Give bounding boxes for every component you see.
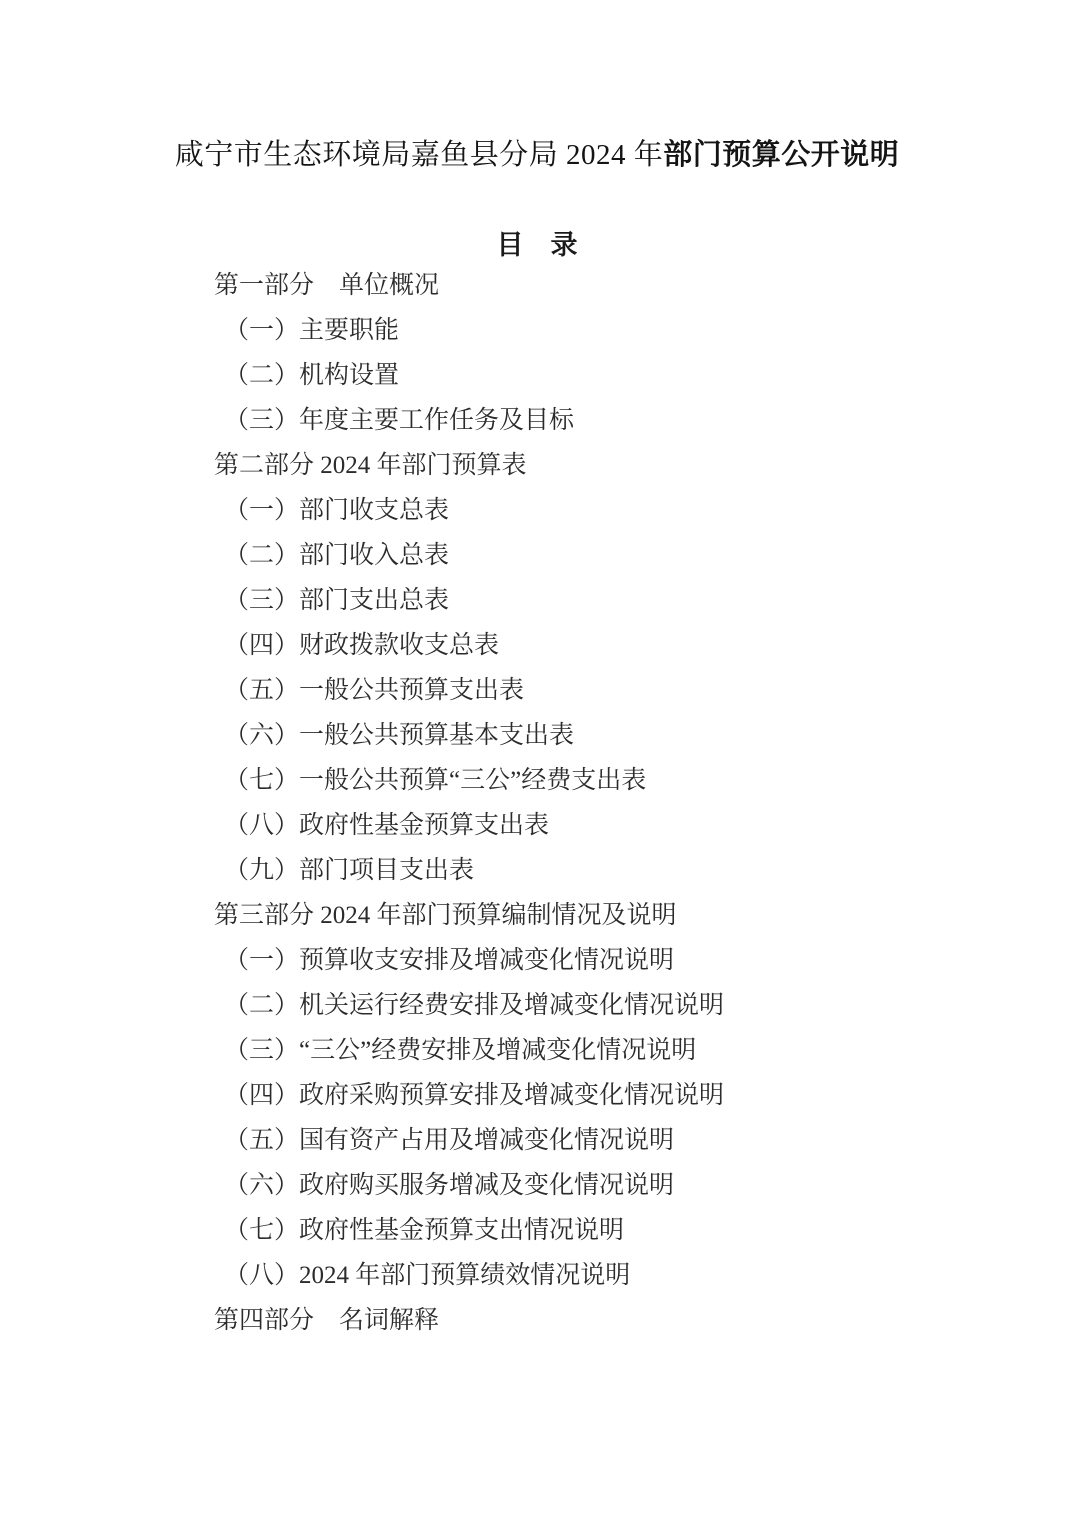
toc-entry-item: （六）一般公共预算基本支出表 xyxy=(0,713,1074,758)
toc-entry-item: （三）“三公”经费安排及增减变化情况说明 xyxy=(0,1028,1074,1073)
toc-entry-item: （八）2024 年部门预算绩效情况说明 xyxy=(0,1253,1074,1298)
toc-entry-item: （五）一般公共预算支出表 xyxy=(0,668,1074,713)
toc-entry-part: 第一部分 单位概况 xyxy=(0,263,1074,308)
document-title-regular: 咸宁市生态环境局嘉鱼县分局 2024 年 xyxy=(175,139,664,171)
toc-entry-item: （三）年度主要工作任务及目标 xyxy=(0,398,1074,443)
toc-entry-item: （七）一般公共预算“三公”经费支出表 xyxy=(0,758,1074,803)
toc-entry-item: （一）预算收支安排及增减变化情况说明 xyxy=(0,938,1074,983)
toc-entry-item: （九）部门项目支出表 xyxy=(0,848,1074,893)
toc-entry-part: 第四部分 名词解释 xyxy=(0,1298,1074,1343)
toc-entry-item: （二）机关运行经费安排及增减变化情况说明 xyxy=(0,983,1074,1028)
toc-entry-part: 第二部分 2024 年部门预算表 xyxy=(0,443,1074,488)
toc-entry-item: （一）主要职能 xyxy=(0,308,1074,353)
toc-entry-item: （二）机构设置 xyxy=(0,353,1074,398)
toc-entry-item: （八）政府性基金预算支出表 xyxy=(0,803,1074,848)
toc-entry-item: （五）国有资产占用及增减变化情况说明 xyxy=(0,1118,1074,1163)
document-title: 咸宁市生态环境局嘉鱼县分局 2024 年部门预算公开说明 xyxy=(0,134,1074,176)
toc-entry-part: 第三部分 2024 年部门预算编制情况及说明 xyxy=(0,893,1074,938)
toc-entry-item: （七）政府性基金预算支出情况说明 xyxy=(0,1208,1074,1253)
document-page: 咸宁市生态环境局嘉鱼县分局 2024 年部门预算公开说明 目 录 第一部分 单位… xyxy=(0,0,1074,1520)
document-title-bold: 部门预算公开说明 xyxy=(663,139,899,171)
toc-list: 第一部分 单位概况（一）主要职能（二）机构设置（三）年度主要工作任务及目标第二部… xyxy=(0,263,1074,1343)
toc-entry-item: （二）部门收入总表 xyxy=(0,533,1074,578)
toc-entry-item: （六）政府购买服务增减及变化情况说明 xyxy=(0,1163,1074,1208)
toc-entry-item: （四）财政拨款收支总表 xyxy=(0,623,1074,668)
toc-entry-item: （一）部门收支总表 xyxy=(0,488,1074,533)
toc-entry-item: （四）政府采购预算安排及增减变化情况说明 xyxy=(0,1073,1074,1118)
toc-entry-item: （三）部门支出总表 xyxy=(0,578,1074,623)
toc-heading: 目 录 xyxy=(0,226,1074,264)
